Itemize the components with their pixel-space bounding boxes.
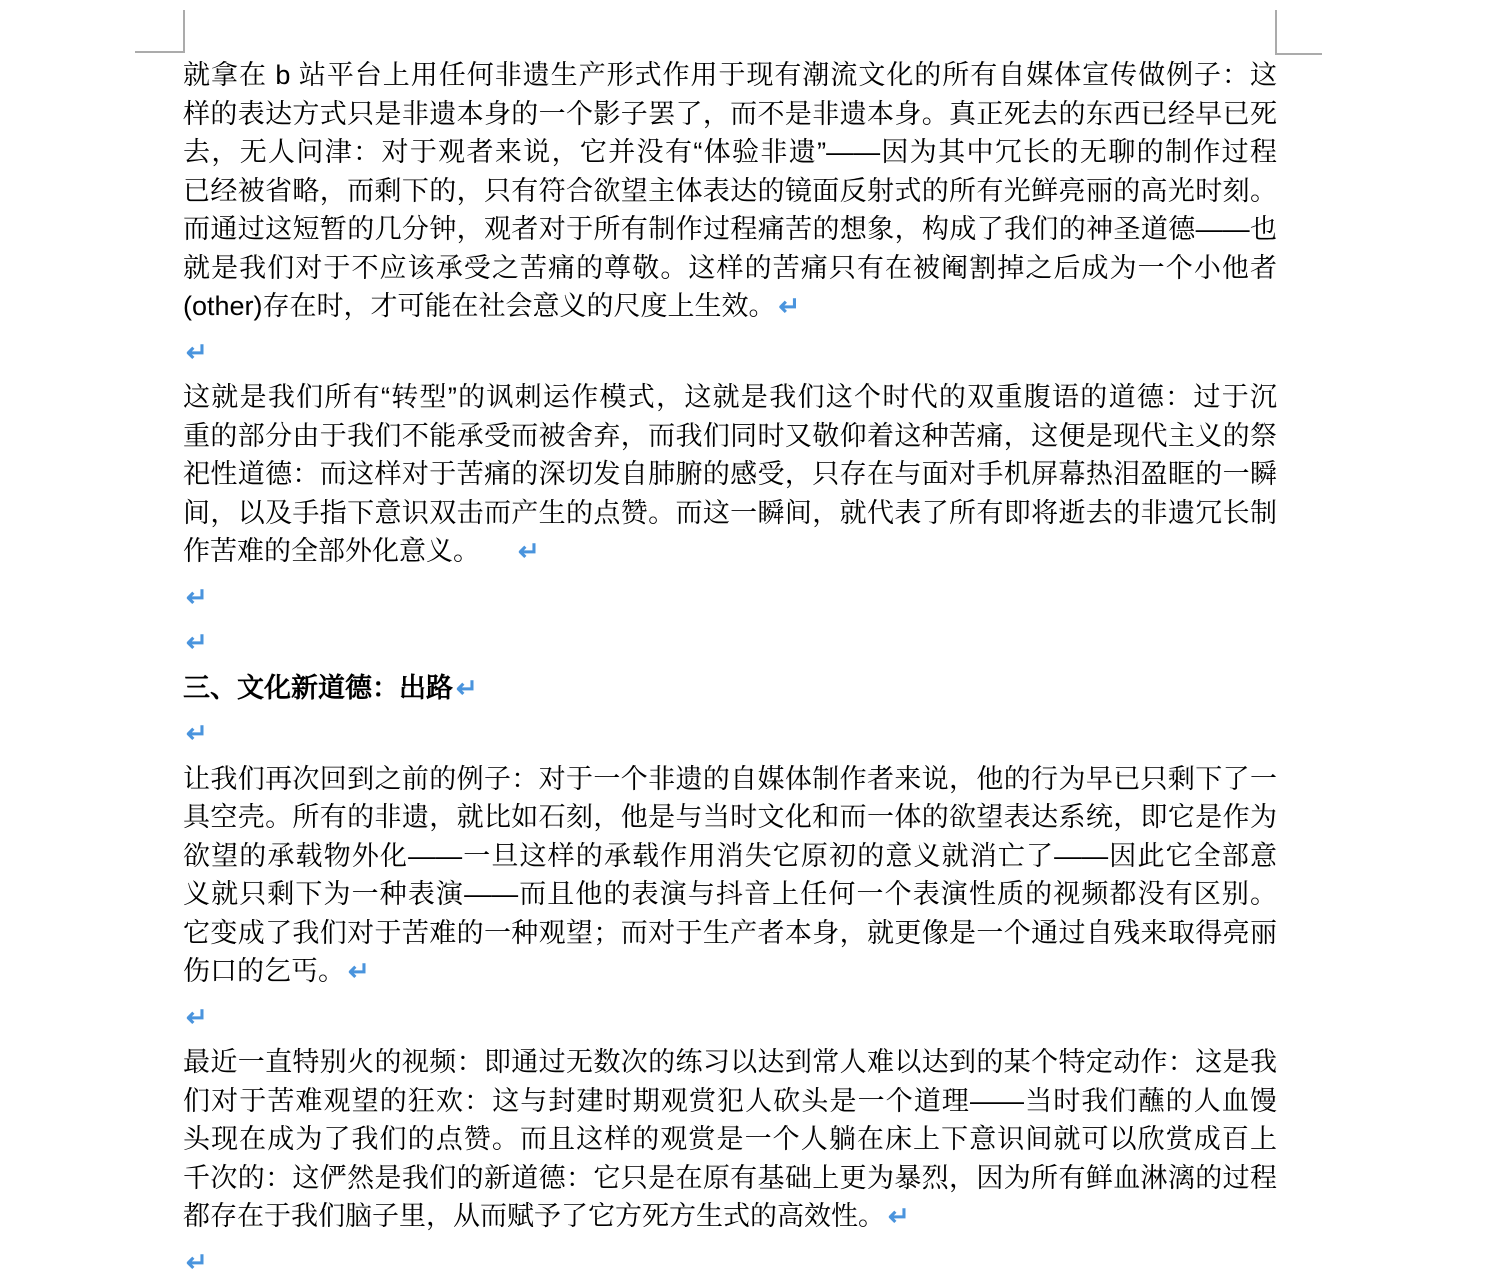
paragraph-mark-icon: ↵	[186, 998, 208, 1037]
paragraph-mark-icon: ↵	[456, 669, 478, 708]
text-line[interactable]: ↵	[183, 333, 1277, 372]
text-line[interactable]: 都存在于我们脑子里，从而赋予了它方死方生式的高效性。↵	[183, 1197, 1277, 1236]
text-line[interactable]: 这就是我们所有“转型”的讽刺运作模式，这就是我们这个时代的双重腹语的道德：过于沉	[183, 378, 1277, 417]
text-line[interactable]: 让我们再次回到之前的例子：对于一个非遗的自媒体制作者来说，他的行为早已只剩下了一	[183, 760, 1277, 799]
paragraph-mark-icon: ↵	[779, 287, 801, 326]
text-run: 它变成了我们对于苦难的一种观望；而对于生产者本身，就更像是一个通过自残来取得亮丽	[183, 918, 1277, 948]
paragraph[interactable]: 让我们再次回到之前的例子：对于一个非遗的自媒体制作者来说，他的行为早已只剩下了一…	[183, 760, 1277, 991]
text-line[interactable]: 重的部分由于我们不能承受而被舍弃，而我们同时又敬仰着这种苦痛，这便是现代主义的祭	[183, 417, 1277, 456]
text-line[interactable]: ↵	[183, 714, 1277, 753]
paragraph-mark-icon: ↵	[186, 623, 208, 662]
text-line[interactable]: 作苦难的全部外化意义。↵	[183, 532, 1277, 571]
text-run: 三、文化新道德：出路	[183, 673, 453, 703]
text-run: 们对于苦难观望的狂欢：这与封建时期观赏犯人砍头是一个道理——当时我们蘸的人血馒	[183, 1086, 1277, 1116]
text-line[interactable]: 祀性道德：而这样对于苦痛的深切发自肺腑的感受，只存在与面对手机屏幕热泪盈眶的一瞬	[183, 455, 1277, 494]
text-run: 让我们再次回到之前的例子：对于一个非遗的自媒体制作者来说，他的行为早已只剩下了一	[183, 764, 1277, 794]
paragraph-mark-icon: ↵	[186, 578, 208, 617]
empty-paragraph[interactable]: ↵	[183, 623, 1277, 662]
document-text-area[interactable]: 就拿在 b 站平台上用任何非遗生产形式作用于现有潮流文化的所有自媒体宣传做例子：…	[183, 56, 1277, 1282]
text-run: 义就只剩下为一种表演——而且他的表演与抖音上任何一个表演性质的视频都没有区别。	[183, 879, 1277, 909]
text-line[interactable]: (other)存在时，才可能在社会意义的尺度上生效。↵	[183, 287, 1277, 326]
page-corner-mark-top-right-horizontal	[1275, 53, 1322, 55]
empty-paragraph[interactable]: ↵	[183, 578, 1277, 617]
text-line[interactable]: 三、文化新道德：出路↵	[183, 669, 1277, 708]
empty-paragraph[interactable]: ↵	[183, 333, 1277, 372]
text-line[interactable]: 千次的：这俨然是我们的新道德：它只是在原有基础上更为暴烈，因为所有鲜血淋漓的过程	[183, 1159, 1277, 1198]
text-line[interactable]: 去，无人问津：对于观者来说，它并没有“体验非遗”——因为其中冗长的无聊的制作过程	[183, 133, 1277, 172]
text-run: 都存在于我们脑子里，从而赋予了它方死方生式的高效性。	[183, 1201, 885, 1231]
text-run: 重的部分由于我们不能承受而被舍弃，而我们同时又敬仰着这种苦痛，这便是现代主义的祭	[183, 421, 1277, 451]
paragraph[interactable]: 就拿在 b 站平台上用任何非遗生产形式作用于现有潮流文化的所有自媒体宣传做例子：…	[183, 56, 1277, 326]
text-run: 最近一直特别火的视频：即通过无数次的练习以达到常人难以达到的某个特定动作：这是我	[183, 1047, 1277, 1077]
text-line[interactable]: 间，以及手指下意识双击而产生的点赞。而这一瞬间，就代表了所有即将逝去的非遗冗长制	[183, 494, 1277, 533]
paragraph-mark-icon: ↵	[186, 714, 208, 753]
text-run: (other)存在时，才可能在社会意义的尺度上生效。	[183, 291, 776, 321]
text-line[interactable]: ↵	[183, 578, 1277, 617]
document-canvas: 就拿在 b 站平台上用任何非遗生产形式作用于现有潮流文化的所有自媒体宣传做例子：…	[0, 0, 1500, 1282]
paragraph[interactable]: 最近一直特别火的视频：即通过无数次的练习以达到常人难以达到的某个特定动作：这是我…	[183, 1043, 1277, 1236]
text-run: 样的表达方式只是非遗本身的一个影子罢了，而不是非遗本身。真正死去的东西已经早已死	[183, 99, 1277, 129]
text-line[interactable]: 就是我们对于不应该承受之苦痛的尊敬。这样的苦痛只有在被阉割掉之后成为一个小他者	[183, 249, 1277, 288]
text-run: 就拿在 b 站平台上用任何非遗生产形式作用于现有潮流文化的所有自媒体宣传做例子：…	[183, 60, 1277, 90]
text-run: 欲望的承载物外化——一旦这样的承载作用消失它原初的意义就消亡了——因此它全部意	[183, 841, 1277, 871]
paragraph-mark-icon: ↵	[518, 532, 540, 571]
text-run: 间，以及手指下意识双击而产生的点赞。而这一瞬间，就代表了所有即将逝去的非遗冗长制	[183, 498, 1277, 528]
paragraph-mark-icon: ↵	[348, 952, 370, 991]
text-run: 具空壳。所有的非遗，就比如石刻，他是与当时文化和而一体的欲望表达系统，即它是作为	[183, 802, 1277, 832]
text-line[interactable]: 头现在成为了我们的点赞。而且这样的观赏是一个人躺在床上下意识间就可以欣赏成百上	[183, 1120, 1277, 1159]
text-line[interactable]: ↵	[183, 623, 1277, 662]
section-heading[interactable]: 三、文化新道德：出路↵	[183, 669, 1277, 708]
text-run: 就是我们对于不应该承受之苦痛的尊敬。这样的苦痛只有在被阉割掉之后成为一个小他者	[183, 253, 1277, 283]
text-run: 千次的：这俨然是我们的新道德：它只是在原有基础上更为暴烈，因为所有鲜血淋漓的过程	[183, 1163, 1277, 1193]
text-line[interactable]: ↵	[183, 998, 1277, 1037]
text-run: 已经被省略，而剩下的，只有符合欲望主体表达的镜面反射式的所有光鲜亮丽的高光时刻。	[183, 176, 1277, 206]
paragraph-mark-icon: ↵	[888, 1197, 910, 1236]
text-line[interactable]: 伤口的乞丐。↵	[183, 952, 1277, 991]
text-run: 祀性道德：而这样对于苦痛的深切发自肺腑的感受，只存在与面对手机屏幕热泪盈眶的一瞬	[183, 459, 1277, 489]
text-run: 这就是我们所有“转型”的讽刺运作模式，这就是我们这个时代的双重腹语的道德：过于沉	[183, 382, 1277, 412]
text-line[interactable]: 们对于苦难观望的狂欢：这与封建时期观赏犯人砍头是一个道理——当时我们蘸的人血馒	[183, 1082, 1277, 1121]
empty-paragraph[interactable]: ↵	[183, 998, 1277, 1037]
page-corner-mark-top-left-vertical	[183, 10, 185, 53]
text-line[interactable]: 而通过这短暂的几分钟，观者对于所有制作过程痛苦的想象，构成了我们的神圣道德——也	[183, 210, 1277, 249]
text-run: 头现在成为了我们的点赞。而且这样的观赏是一个人躺在床上下意识间就可以欣赏成百上	[183, 1124, 1277, 1154]
text-line[interactable]: 已经被省略，而剩下的，只有符合欲望主体表达的镜面反射式的所有光鲜亮丽的高光时刻。	[183, 172, 1277, 211]
text-line[interactable]: 义就只剩下为一种表演——而且他的表演与抖音上任何一个表演性质的视频都没有区别。	[183, 875, 1277, 914]
text-line[interactable]: 样的表达方式只是非遗本身的一个影子罢了，而不是非遗本身。真正死去的东西已经早已死	[183, 95, 1277, 134]
paragraph-mark-icon: ↵	[186, 333, 208, 372]
text-run: 伤口的乞丐。	[183, 956, 345, 986]
text-line[interactable]: 就拿在 b 站平台上用任何非遗生产形式作用于现有潮流文化的所有自媒体宣传做例子：…	[183, 56, 1277, 95]
text-line[interactable]: 欲望的承载物外化——一旦这样的承载作用消失它原初的意义就消亡了——因此它全部意	[183, 837, 1277, 876]
page-corner-mark-top-right-vertical	[1275, 10, 1277, 55]
text-run: 而通过这短暂的几分钟，观者对于所有制作过程痛苦的想象，构成了我们的神圣道德——也	[183, 214, 1277, 244]
paragraph[interactable]: 这就是我们所有“转型”的讽刺运作模式，这就是我们这个时代的双重腹语的道德：过于沉…	[183, 378, 1277, 571]
text-line[interactable]: 最近一直特别火的视频：即通过无数次的练习以达到常人难以达到的某个特定动作：这是我	[183, 1043, 1277, 1082]
empty-paragraph[interactable]: ↵	[183, 1243, 1277, 1282]
empty-paragraph[interactable]: ↵	[183, 714, 1277, 753]
text-run: 去，无人问津：对于观者来说，它并没有“体验非遗”——因为其中冗长的无聊的制作过程	[183, 137, 1277, 167]
text-line[interactable]: 它变成了我们对于苦难的一种观望；而对于生产者本身，就更像是一个通过自残来取得亮丽	[183, 914, 1277, 953]
paragraph-mark-icon: ↵	[186, 1243, 208, 1282]
text-line[interactable]: ↵	[183, 1243, 1277, 1282]
text-line[interactable]: 具空壳。所有的非遗，就比如石刻，他是与当时文化和而一体的欲望表达系统，即它是作为	[183, 798, 1277, 837]
text-run: 作苦难的全部外化意义。	[183, 536, 480, 566]
page-corner-mark-top-left-horizontal	[135, 51, 185, 53]
